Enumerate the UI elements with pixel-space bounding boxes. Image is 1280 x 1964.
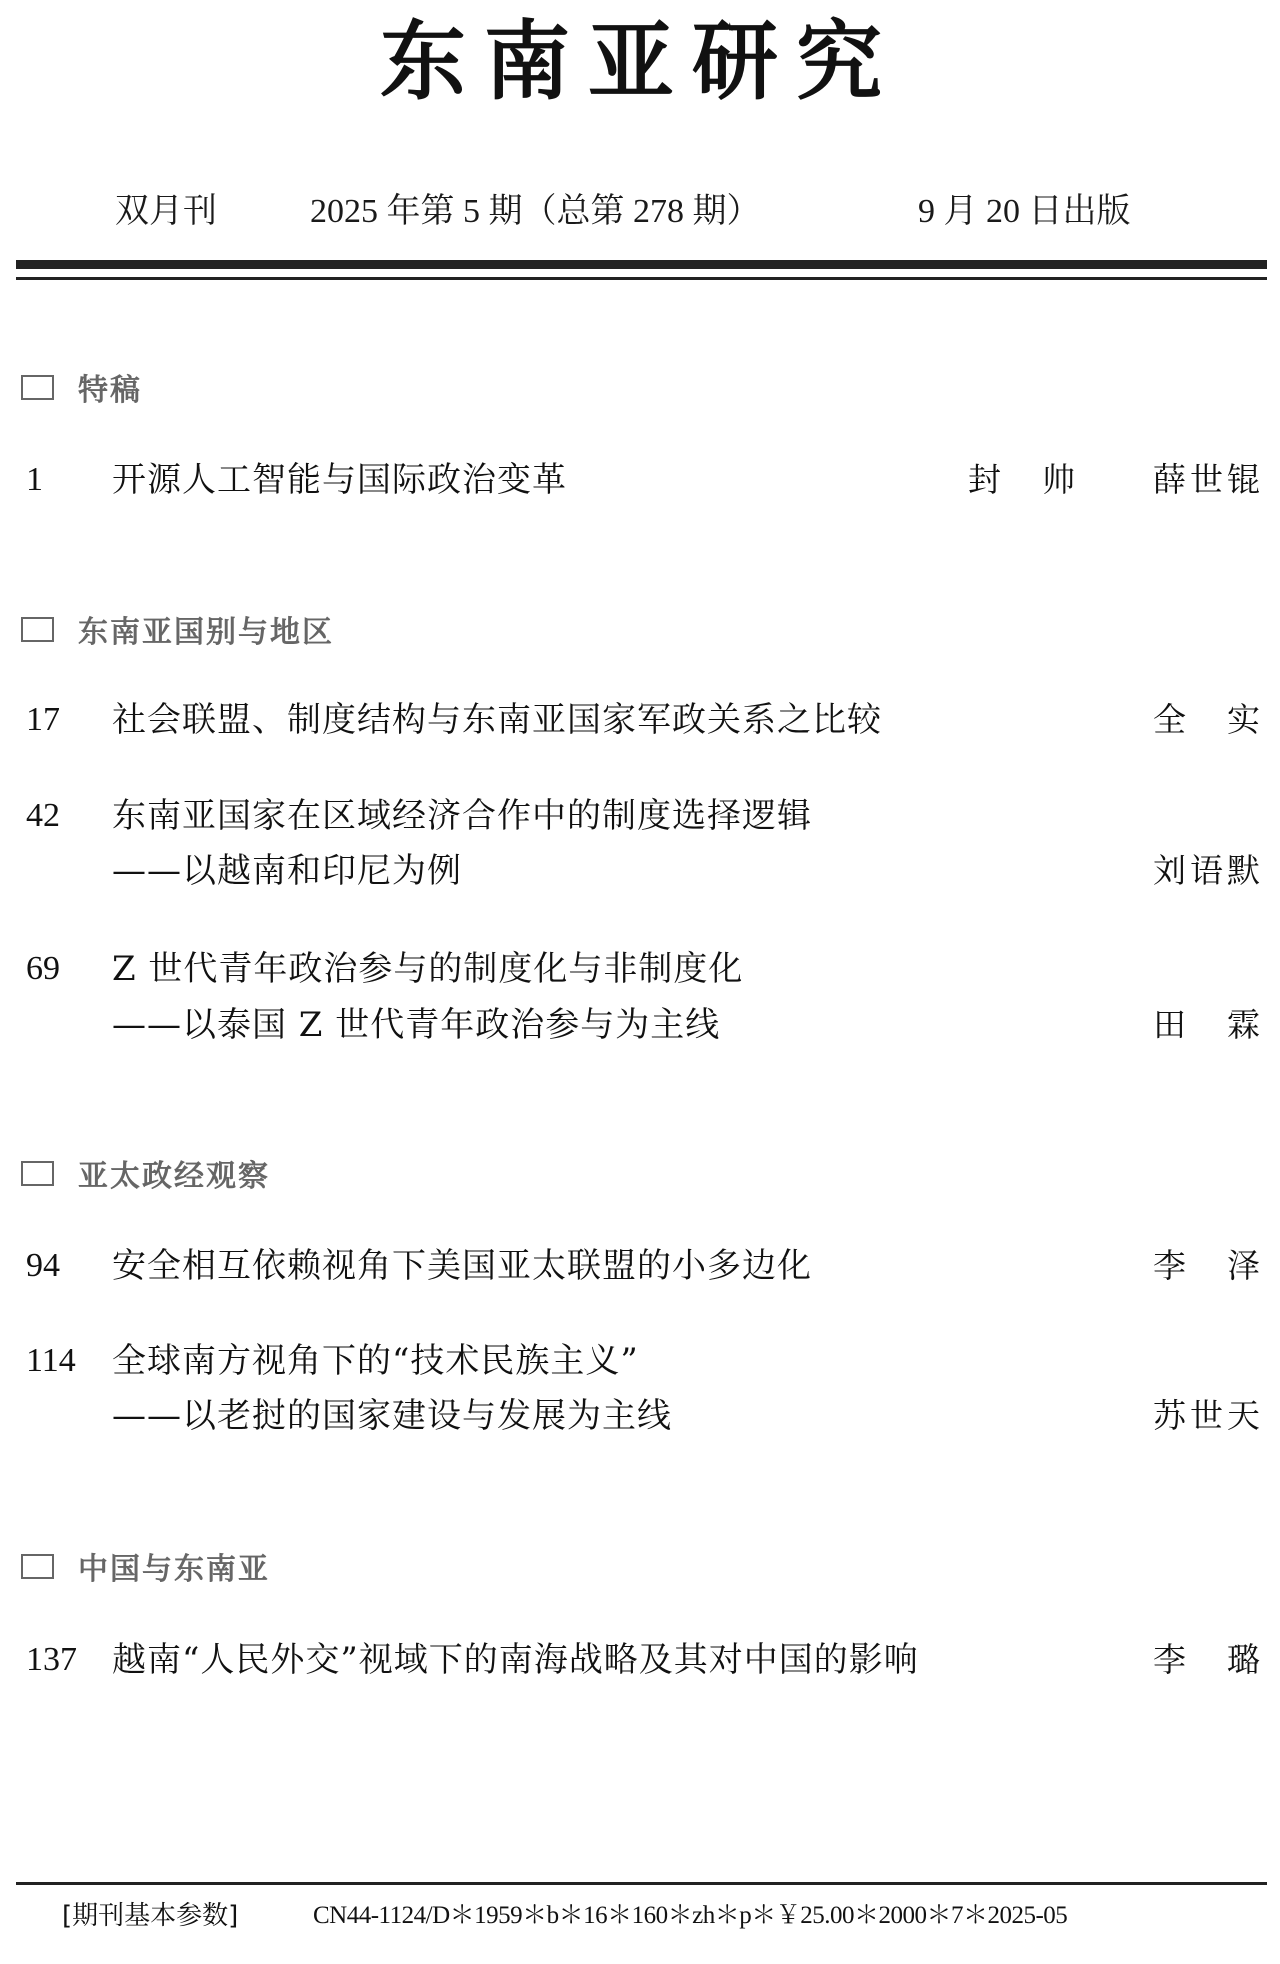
entry-authors: 全 实 [1153, 698, 1264, 742]
footer-params-label: [期刊基本参数] [62, 1898, 238, 1934]
entry-subtitle: ——以越南和印尼为例 [112, 849, 462, 893]
entry-authors: 李 泽 [1153, 1244, 1264, 1288]
entry-subtitle: ——以老挝的国家建设与发展为主线 [112, 1394, 672, 1438]
section-heading-countries-regions: 东南亚国别与地区 [21, 611, 334, 647]
entry-page-number: 69 [26, 947, 60, 991]
section-heading-special: 特稿 [21, 369, 142, 405]
entry-authors: 封 帅 薛世锟 [968, 458, 1264, 502]
footer-rule [16, 1882, 1267, 1885]
entry-page-number: 94 [26, 1244, 60, 1288]
entry-page-number: 114 [26, 1339, 76, 1383]
entry-title[interactable]: 开源人工智能与国际政治变革 [112, 458, 567, 502]
square-bullet-icon [21, 375, 54, 400]
entry-authors: 苏世天 [1153, 1394, 1264, 1438]
section-label: 东南亚国别与地区 [78, 607, 334, 651]
journal-title: 东南亚研究 [0, 12, 1280, 112]
section-heading-asia-pacific: 亚太政经观察 [21, 1155, 270, 1191]
section-label: 亚太政经观察 [78, 1151, 270, 1195]
square-bullet-icon [21, 1161, 54, 1186]
section-label: 中国与东南亚 [78, 1544, 270, 1588]
entry-page-number: 42 [26, 794, 60, 838]
entry-title[interactable]: 东南亚国家在区域经济合作中的制度选择逻辑 [112, 794, 812, 838]
publication-frequency: 双月刊 [115, 190, 217, 234]
entry-title[interactable]: Z 世代青年政治参与的制度化与非制度化 [112, 947, 743, 991]
entry-page-number: 1 [26, 458, 43, 502]
header-rule-thin [16, 277, 1267, 280]
entry-title[interactable]: 越南“人民外交”视域下的南海战略及其对中国的影响 [112, 1638, 919, 1682]
footer-params-code: CN44-1124/D＊1959＊b＊16＊160＊zh＊p＊￥25.00＊20… [313, 1898, 1067, 1934]
entry-title[interactable]: 社会联盟、制度结构与东南亚国家军政关系之比较 [112, 698, 882, 742]
entry-authors: 刘语默 [1153, 849, 1264, 893]
entry-page-number: 137 [26, 1638, 77, 1682]
entry-title[interactable]: 安全相互依赖视角下美国亚太联盟的小多边化 [112, 1244, 812, 1288]
entry-title[interactable]: 全球南方视角下的“技术民族主义” [112, 1339, 639, 1383]
section-label: 特稿 [78, 365, 142, 409]
entry-authors: 李 璐 [1153, 1638, 1264, 1682]
entry-authors: 田 霖 [1153, 1003, 1264, 1047]
square-bullet-icon [21, 1554, 54, 1579]
issue-number: 2025 年第 5 期（总第 278 期） [310, 190, 761, 234]
header-rule-thick [16, 260, 1267, 269]
entry-page-number: 17 [26, 698, 60, 742]
section-heading-china-sea: 中国与东南亚 [21, 1548, 270, 1584]
square-bullet-icon [21, 617, 54, 642]
entry-subtitle: ——以泰国 Z 世代青年政治参与为主线 [112, 1003, 720, 1047]
publish-date: 9 月 20 日出版 [918, 190, 1131, 234]
